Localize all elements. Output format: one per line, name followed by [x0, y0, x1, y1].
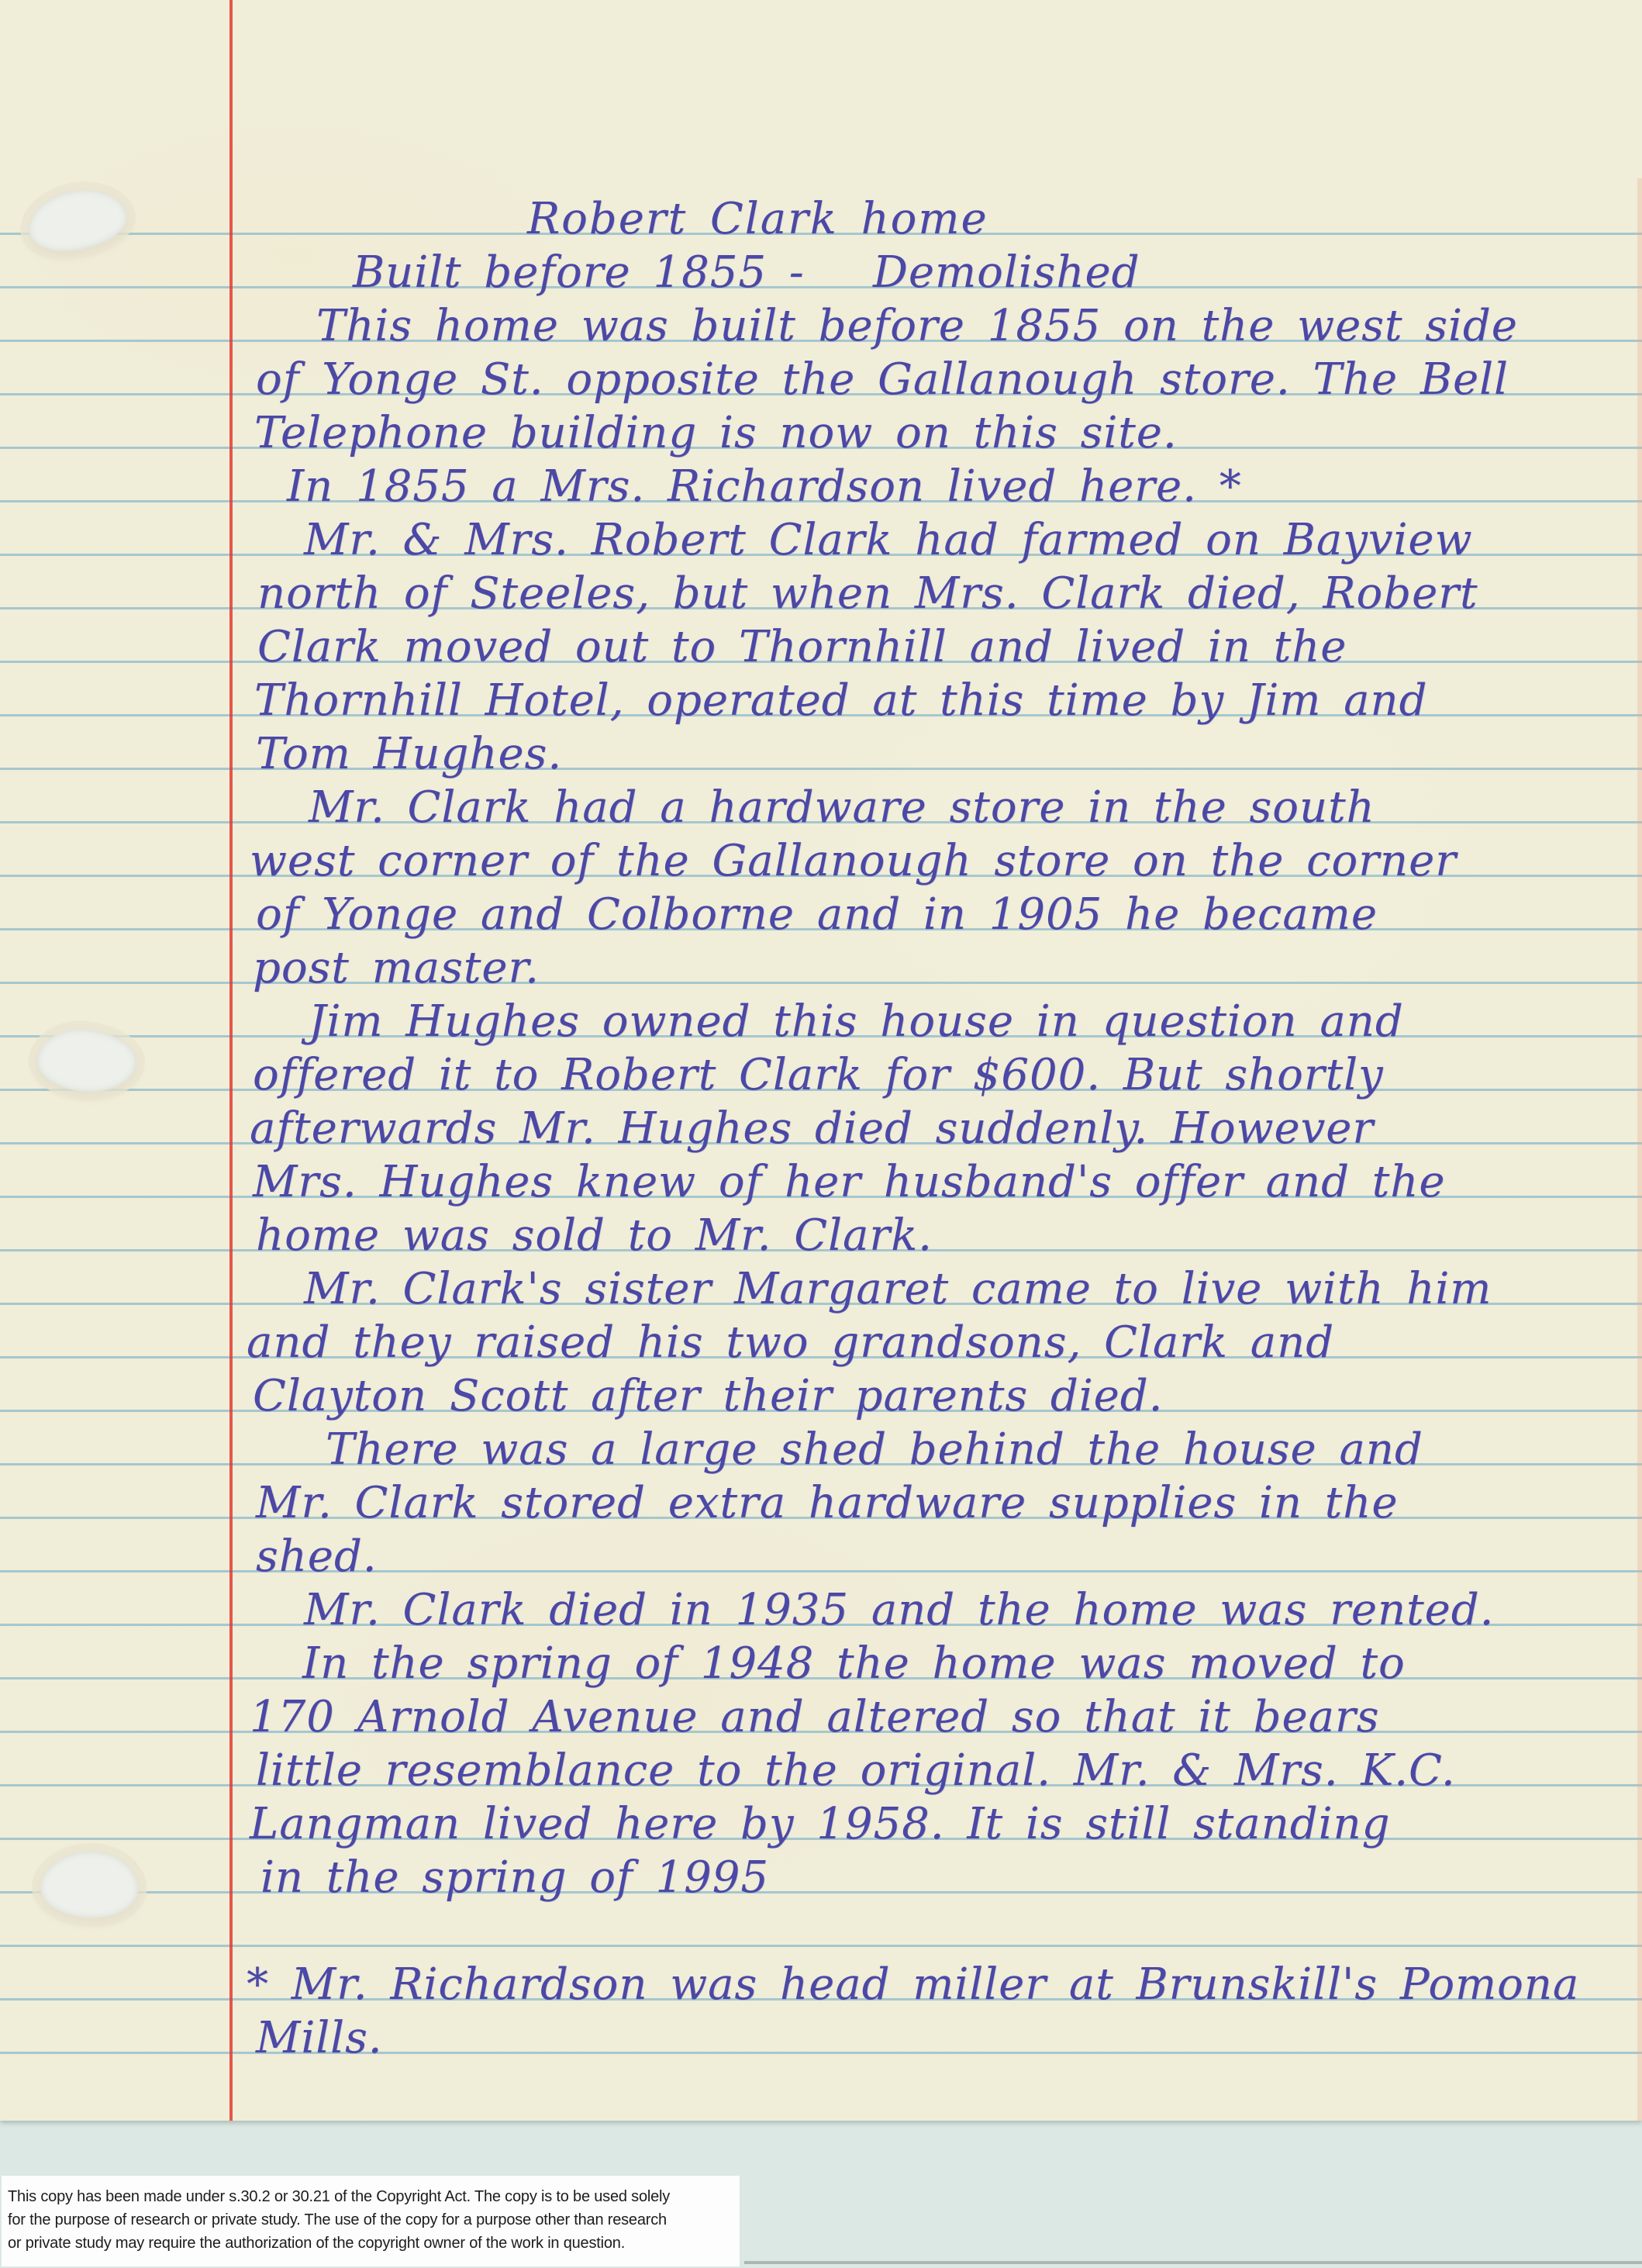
handwritten-line: Tom Hughes. — [256, 733, 562, 776]
copyright-line: for the purpose of research or private s… — [8, 2208, 733, 2232]
handwritten-line: offered it to Robert Clark for $600. But… — [253, 1054, 1384, 1097]
handwritten-line: 170 Arnold Avenue and altered so that it… — [250, 1696, 1379, 1739]
handwritten-line: Clark moved out to Thornhill and lived i… — [257, 626, 1347, 669]
handwritten-line: Mr. & Mrs. Robert Clark had farmed on Ba… — [304, 519, 1473, 562]
handwritten-line: Telephone building is now on this site. — [254, 412, 1178, 455]
document-title: Robert Clark home — [527, 198, 988, 241]
notebook-page: Robert Clark home Built before 1855 - De… — [0, 0, 1642, 2121]
copyright-line: or private study may require the authori… — [8, 2232, 733, 2255]
handwritten-line: shed. — [256, 1535, 378, 1579]
handwritten-line: Mr. Clark died in 1935 and the home was … — [304, 1589, 1494, 1632]
red-margin-line — [229, 0, 233, 2121]
handwritten-line: In 1855 a Mrs. Richardson lived here. * — [287, 465, 1242, 509]
handwritten-line: This home was built before 1855 on the w… — [316, 305, 1518, 348]
handwritten-line: home was sold to Mr. Clark. — [256, 1214, 933, 1258]
handwritten-line: Mr. Clark stored extra hardware supplies… — [256, 1482, 1399, 1525]
handwritten-line: north of Steeles, but when Mrs. Clark di… — [257, 572, 1478, 616]
handwritten-line: of Yonge St. opposite the Gallanough sto… — [256, 358, 1509, 402]
handwritten-line: Mr. Clark's sister Margaret came to live… — [304, 1268, 1492, 1311]
scan-bottom-edge — [744, 2261, 1642, 2264]
handwritten-line: of Yonge and Colborne and in 1905 he bec… — [256, 893, 1378, 937]
handwritten-line: west corner of the Gallanough store on t… — [250, 840, 1457, 883]
handwritten-line: There was a large shed behind the house … — [326, 1428, 1423, 1472]
handwritten-line: Mr. Clark had a hardware store in the so… — [309, 786, 1375, 830]
scanned-document: Robert Clark home Built before 1855 - De… — [0, 0, 1642, 2268]
handwritten-line: In the spring of 1948 the home was moved… — [302, 1642, 1406, 1686]
handwritten-line: little resemblance to the original. Mr. … — [256, 1749, 1456, 1793]
footnote-line: Mills. — [256, 2017, 383, 2060]
subtitle-built: Built before 1855 - — [353, 251, 805, 295]
handwritten-line: Mrs. Hughes knew of her husband's offer … — [253, 1161, 1445, 1204]
footnote-line: * Mr. Richardson was head miller at Brun… — [247, 1963, 1579, 2007]
subtitle-demolished: Demolished — [873, 251, 1140, 295]
copyright-line: This copy has been made under s.30.2 or … — [8, 2185, 733, 2208]
handwritten-line: post master. — [253, 947, 540, 990]
handwritten-line: Clayton Scott after their parents died. — [253, 1375, 1163, 1418]
page-right-edge — [1637, 178, 1642, 2121]
handwritten-line: and they raised his two grandsons, Clark… — [247, 1321, 1334, 1365]
handwritten-line: Langman lived here by 1958. It is still … — [250, 1803, 1390, 1846]
handwritten-line: Thornhill Hotel, operated at this time b… — [254, 679, 1427, 723]
handwritten-line: in the spring of 1995 — [260, 1856, 769, 1900]
handwritten-line: Jim Hughes owned this house in question … — [309, 1000, 1404, 1044]
copyright-notice: This copy has been made under s.30.2 or … — [2, 2176, 740, 2266]
handwritten-line: afterwards Mr. Hughes died suddenly. How… — [250, 1107, 1374, 1151]
